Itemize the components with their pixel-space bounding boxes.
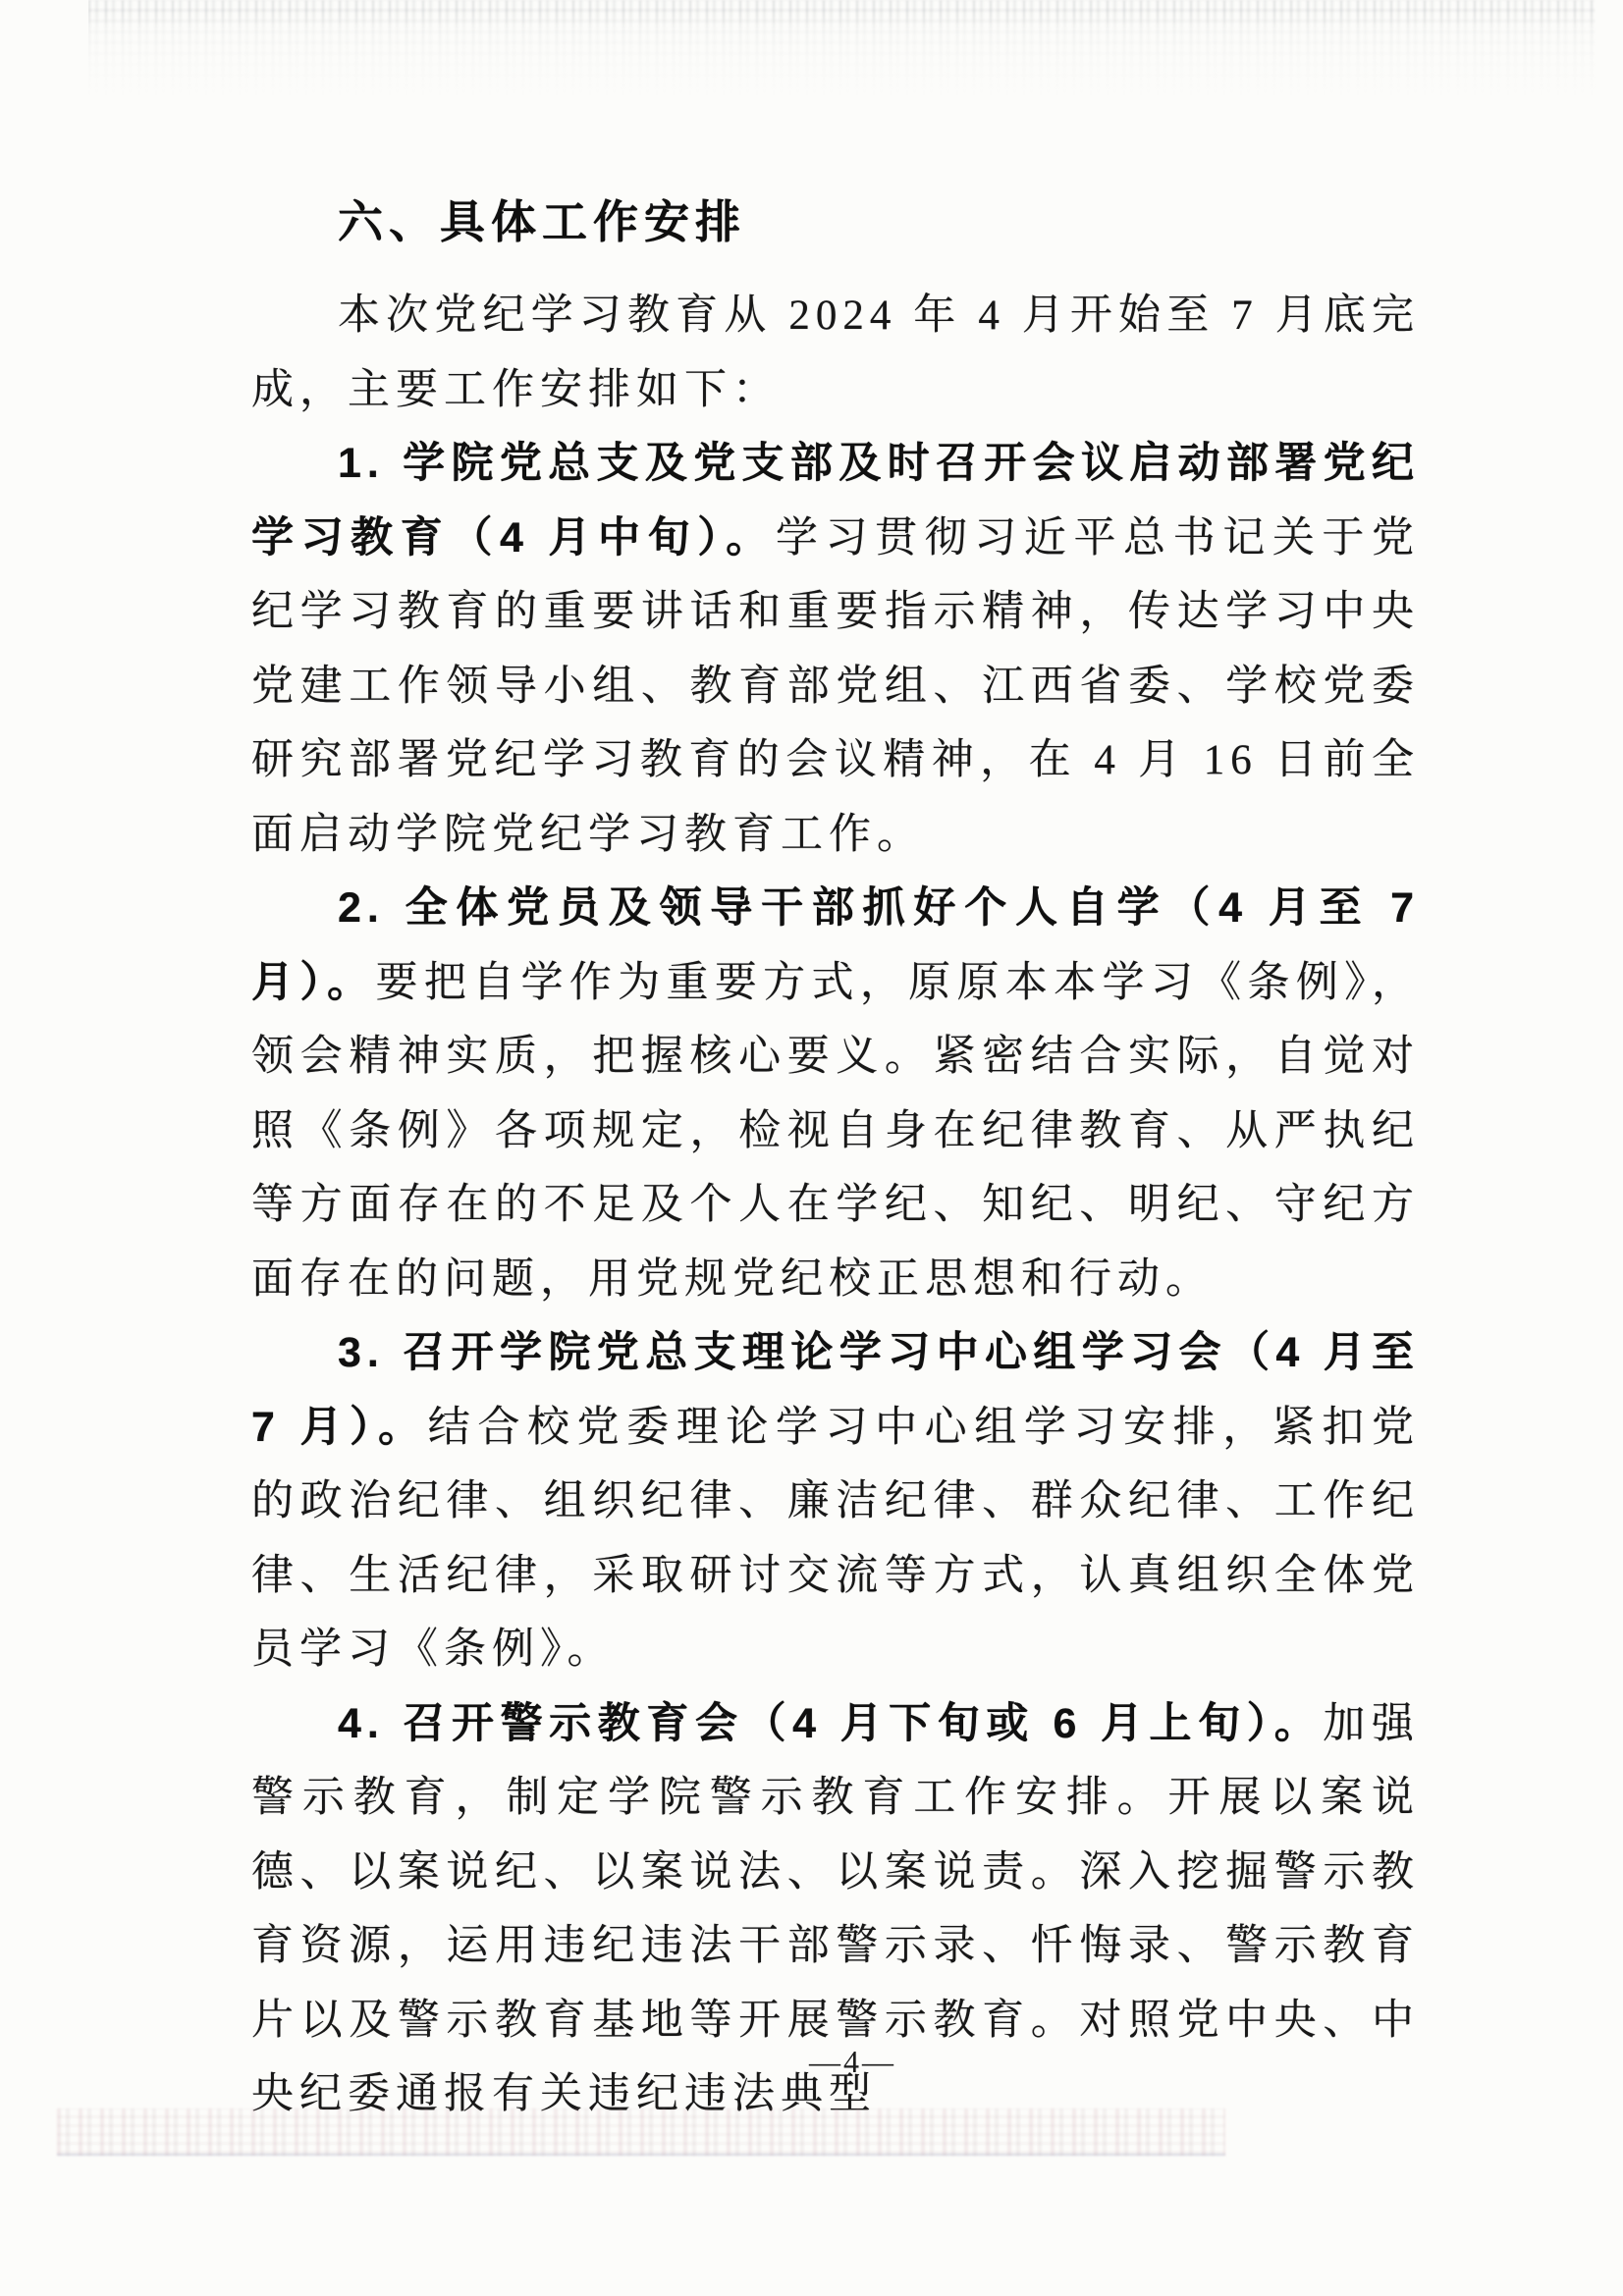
document-body: 本次党纪学习教育从 2024 年 4 月开始至 7 月底完成，主要工作安排如下：… [251, 279, 1420, 2132]
paragraph-text: 学习贯彻习近平总书记关于党纪学习教育的重要讲话和重要指示精神，传达学习中央党建工… [251, 515, 1420, 858]
paragraph-lead-bold: 4. 召开警示教育会（4 月下旬或 6 月上旬）。 [338, 1700, 1323, 1747]
page-number: —4— [0, 2044, 1623, 2080]
paragraph-text: 要把自学作为重要方式，原原本本学习《条例》，领会精神实质，把握核心要义。紧密结合… [251, 960, 1420, 1303]
scan-artifact-top [88, 0, 1596, 98]
paragraph: 2. 全体党员及领导干部抓好个人自学（4 月至 7 月）。要把自学作为重要方式，… [251, 872, 1420, 1316]
paragraph: 本次党纪学习教育从 2024 年 4 月开始至 7 月底完成，主要工作安排如下： [251, 279, 1420, 427]
paragraph: 3. 召开学院党总支理论学习中心组学习会（4 月至 7 月）。结合校党委理论学习… [251, 1316, 1420, 1687]
document-page: 六、具体工作安排 本次党纪学习教育从 2024 年 4 月开始至 7 月底完成，… [0, 0, 1623, 2296]
section-heading: 六、具体工作安排 [251, 185, 1420, 259]
paragraph: 1. 学院党总支及党支部及时召开会议启动部署党纪学习教育（4 月中旬）。学习贯彻… [251, 427, 1420, 872]
paragraph-text: 本次党纪学习教育从 2024 年 4 月开始至 7 月底完成，主要工作安排如下： [251, 293, 1420, 413]
document-content: 六、具体工作安排 本次党纪学习教育从 2024 年 4 月开始至 7 月底完成，… [251, 185, 1420, 2132]
scan-artifact-bottom [57, 2109, 1225, 2156]
